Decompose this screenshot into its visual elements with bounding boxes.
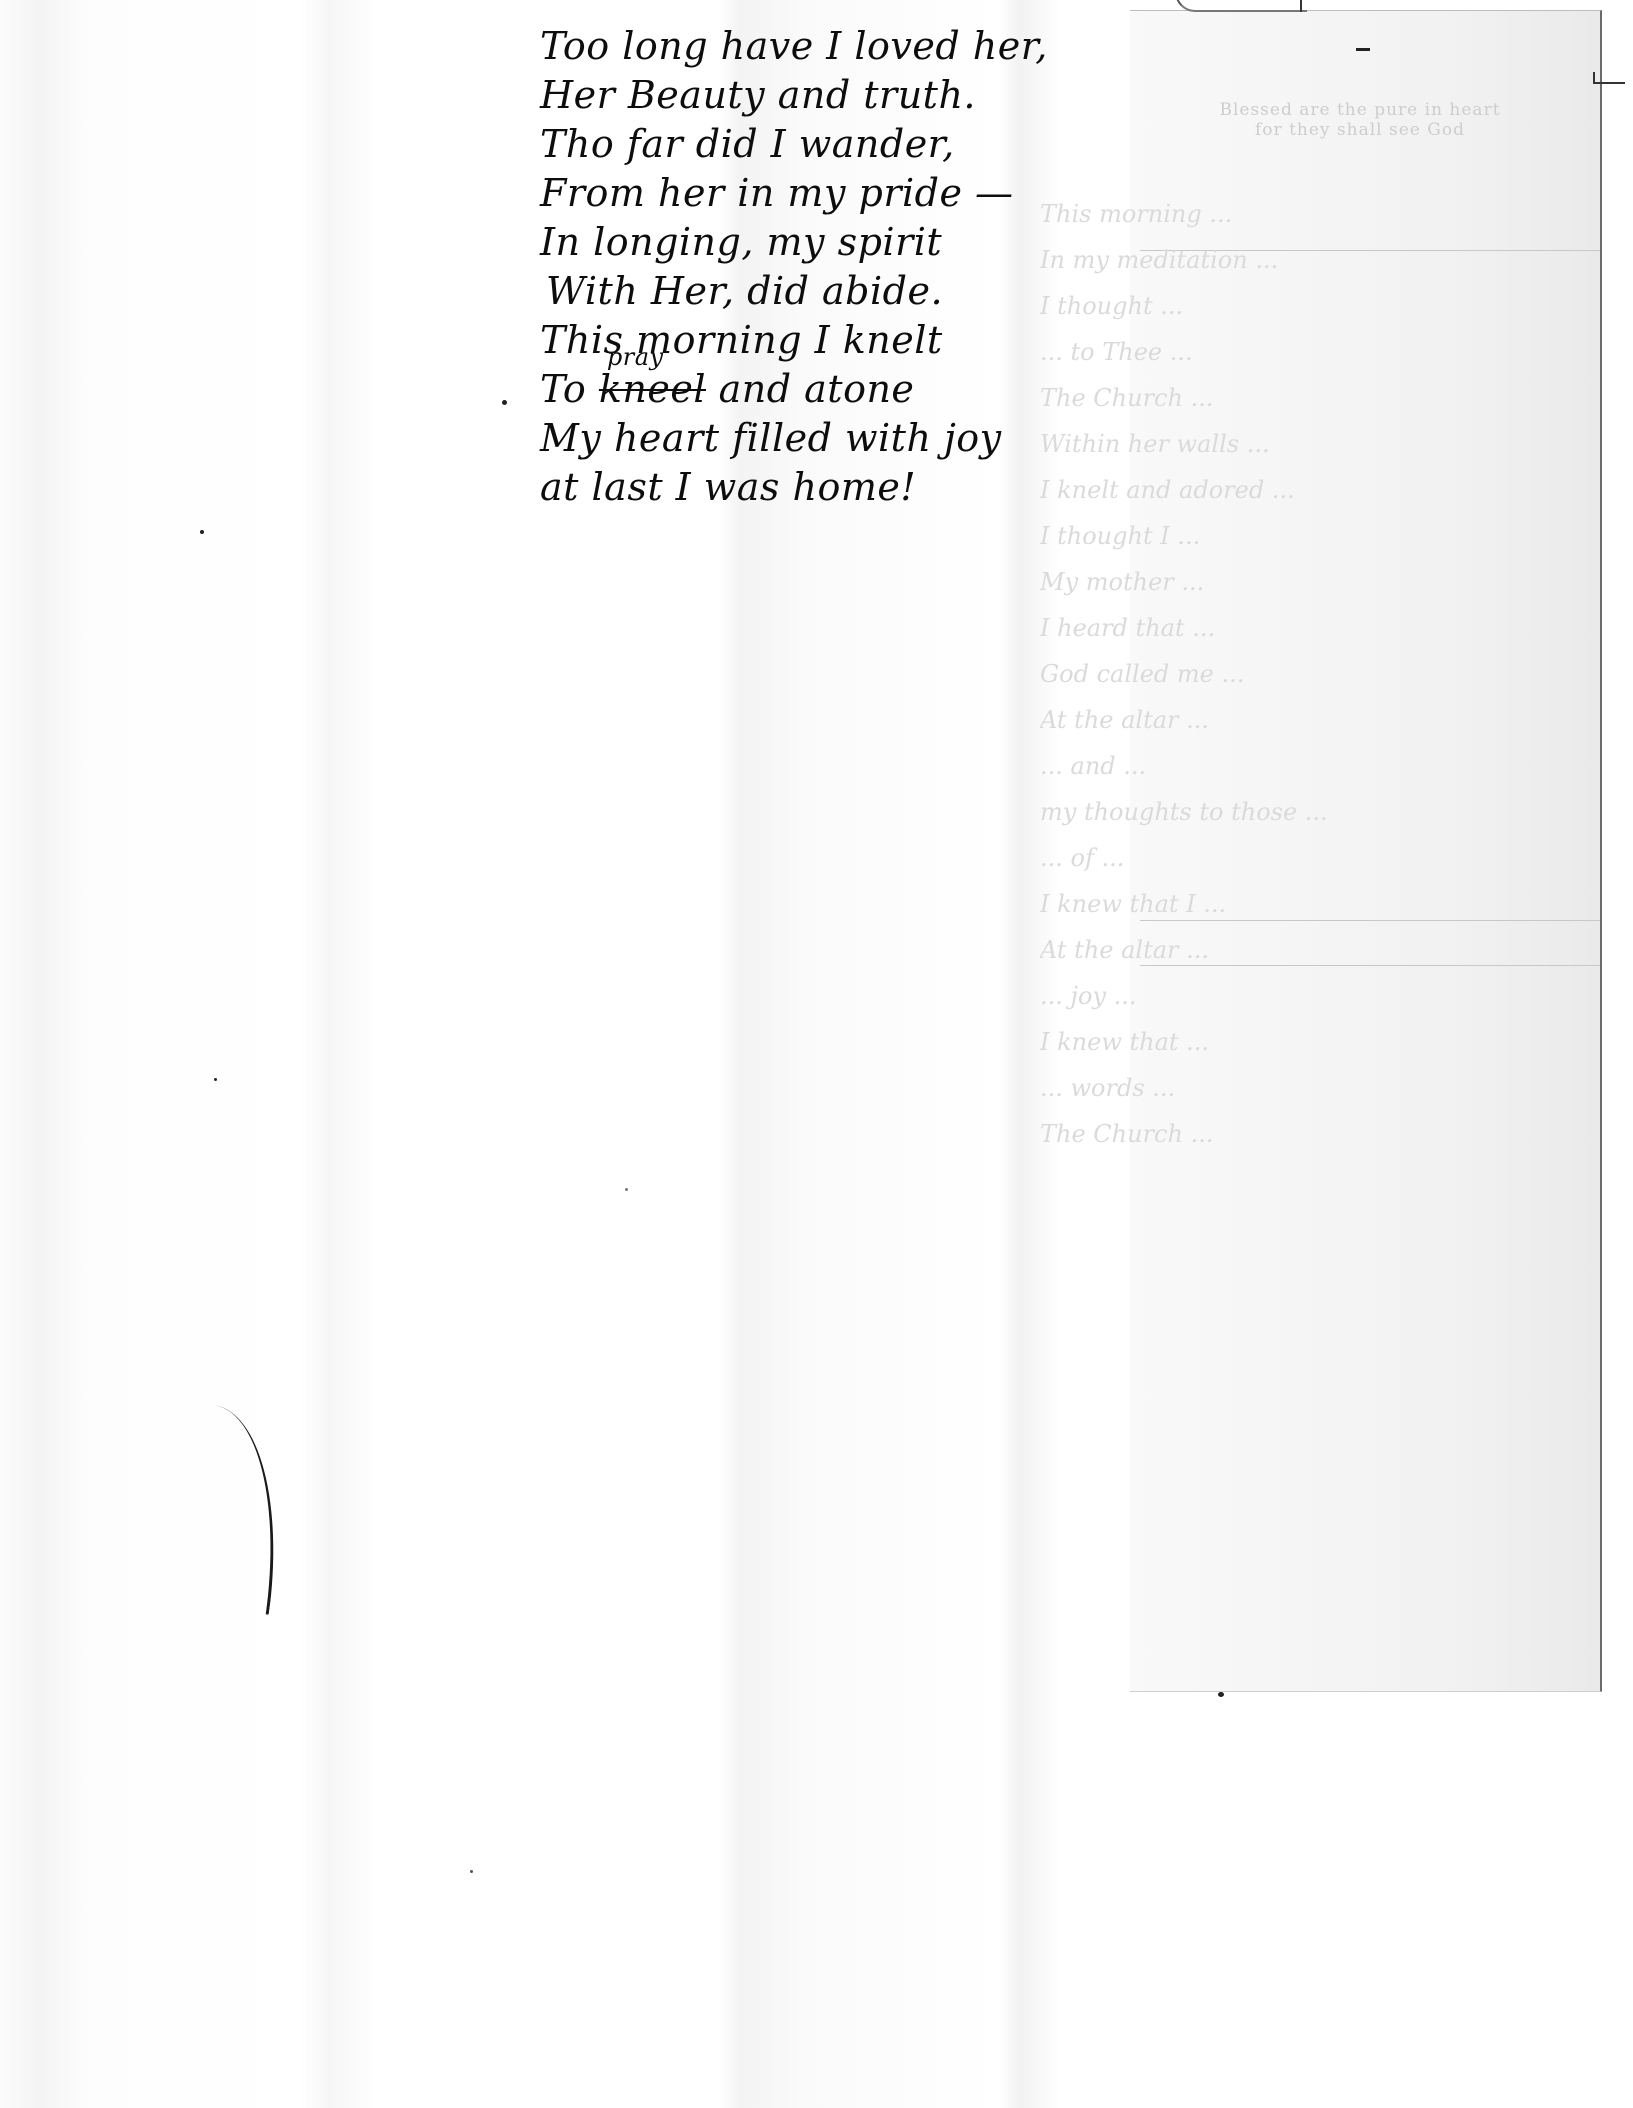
showthrough-line: ... joy ...: [1040, 982, 1580, 1028]
poem-line-9: My heart filled with joy: [540, 414, 1240, 463]
poem-line-1: Too long have I loved her,: [540, 22, 1240, 71]
poem-line-5: In longing, my spirit: [540, 218, 1240, 267]
edge-bracket-mark: [1593, 72, 1625, 84]
showthrough-line: The Church ...: [1040, 1120, 1580, 1166]
showthrough-line: I knew that I ...: [1040, 890, 1580, 936]
showthrough-line: my thoughts to those ...: [1040, 798, 1580, 844]
struck-word-text: kneel: [599, 367, 706, 411]
stray-pen-mark: [1300, 0, 1306, 12]
poem-line-6: With Her, did abide.: [540, 267, 1240, 316]
handwritten-poem: Too long have I loved her, Her Beauty an…: [540, 22, 1240, 512]
poem-line-10: at last I was home!: [540, 463, 1240, 512]
showthrough-line: ... and ...: [1040, 752, 1580, 798]
inserted-correction: pray: [607, 345, 664, 369]
scanned-page: Blessed are the pure in heart for they s…: [0, 0, 1633, 2108]
scan-speck: [470, 1870, 473, 1873]
showthrough-line: ... of ...: [1040, 844, 1580, 890]
poem-line-2: Her Beauty and truth.: [540, 71, 1240, 120]
scan-speck: [200, 530, 204, 534]
showthrough-line: I knew that ...: [1040, 1028, 1580, 1074]
stray-dash-mark: [1356, 48, 1370, 51]
poem-line-8: To kneelpray and atone: [540, 365, 1240, 414]
poem-line-8-suffix: and atone: [719, 367, 915, 411]
showthrough-line: ... words ...: [1040, 1074, 1580, 1120]
showthrough-line: At the altar ...: [1040, 936, 1580, 982]
struck-out-word: kneelpray: [599, 365, 706, 414]
poem-line-3: Tho far did I wander,: [540, 120, 1240, 169]
scan-speck: [214, 1078, 217, 1081]
scan-speck: [502, 400, 507, 405]
showthrough-line: I thought I ...: [1040, 522, 1580, 568]
showthrough-line: At the altar ...: [1040, 706, 1580, 752]
poem-line-4: From her in my pride —: [540, 169, 1240, 218]
stray-arc-mark: [186, 1405, 296, 1615]
stray-pen-mark: [1175, 0, 1307, 12]
showthrough-line: God called me ...: [1040, 660, 1580, 706]
scan-speck: [625, 1188, 628, 1191]
showthrough-line: My mother ...: [1040, 568, 1580, 614]
showthrough-line: I heard that ...: [1040, 614, 1580, 660]
poem-line-8-prefix: To: [540, 367, 586, 411]
scan-speck: [1218, 1692, 1224, 1697]
